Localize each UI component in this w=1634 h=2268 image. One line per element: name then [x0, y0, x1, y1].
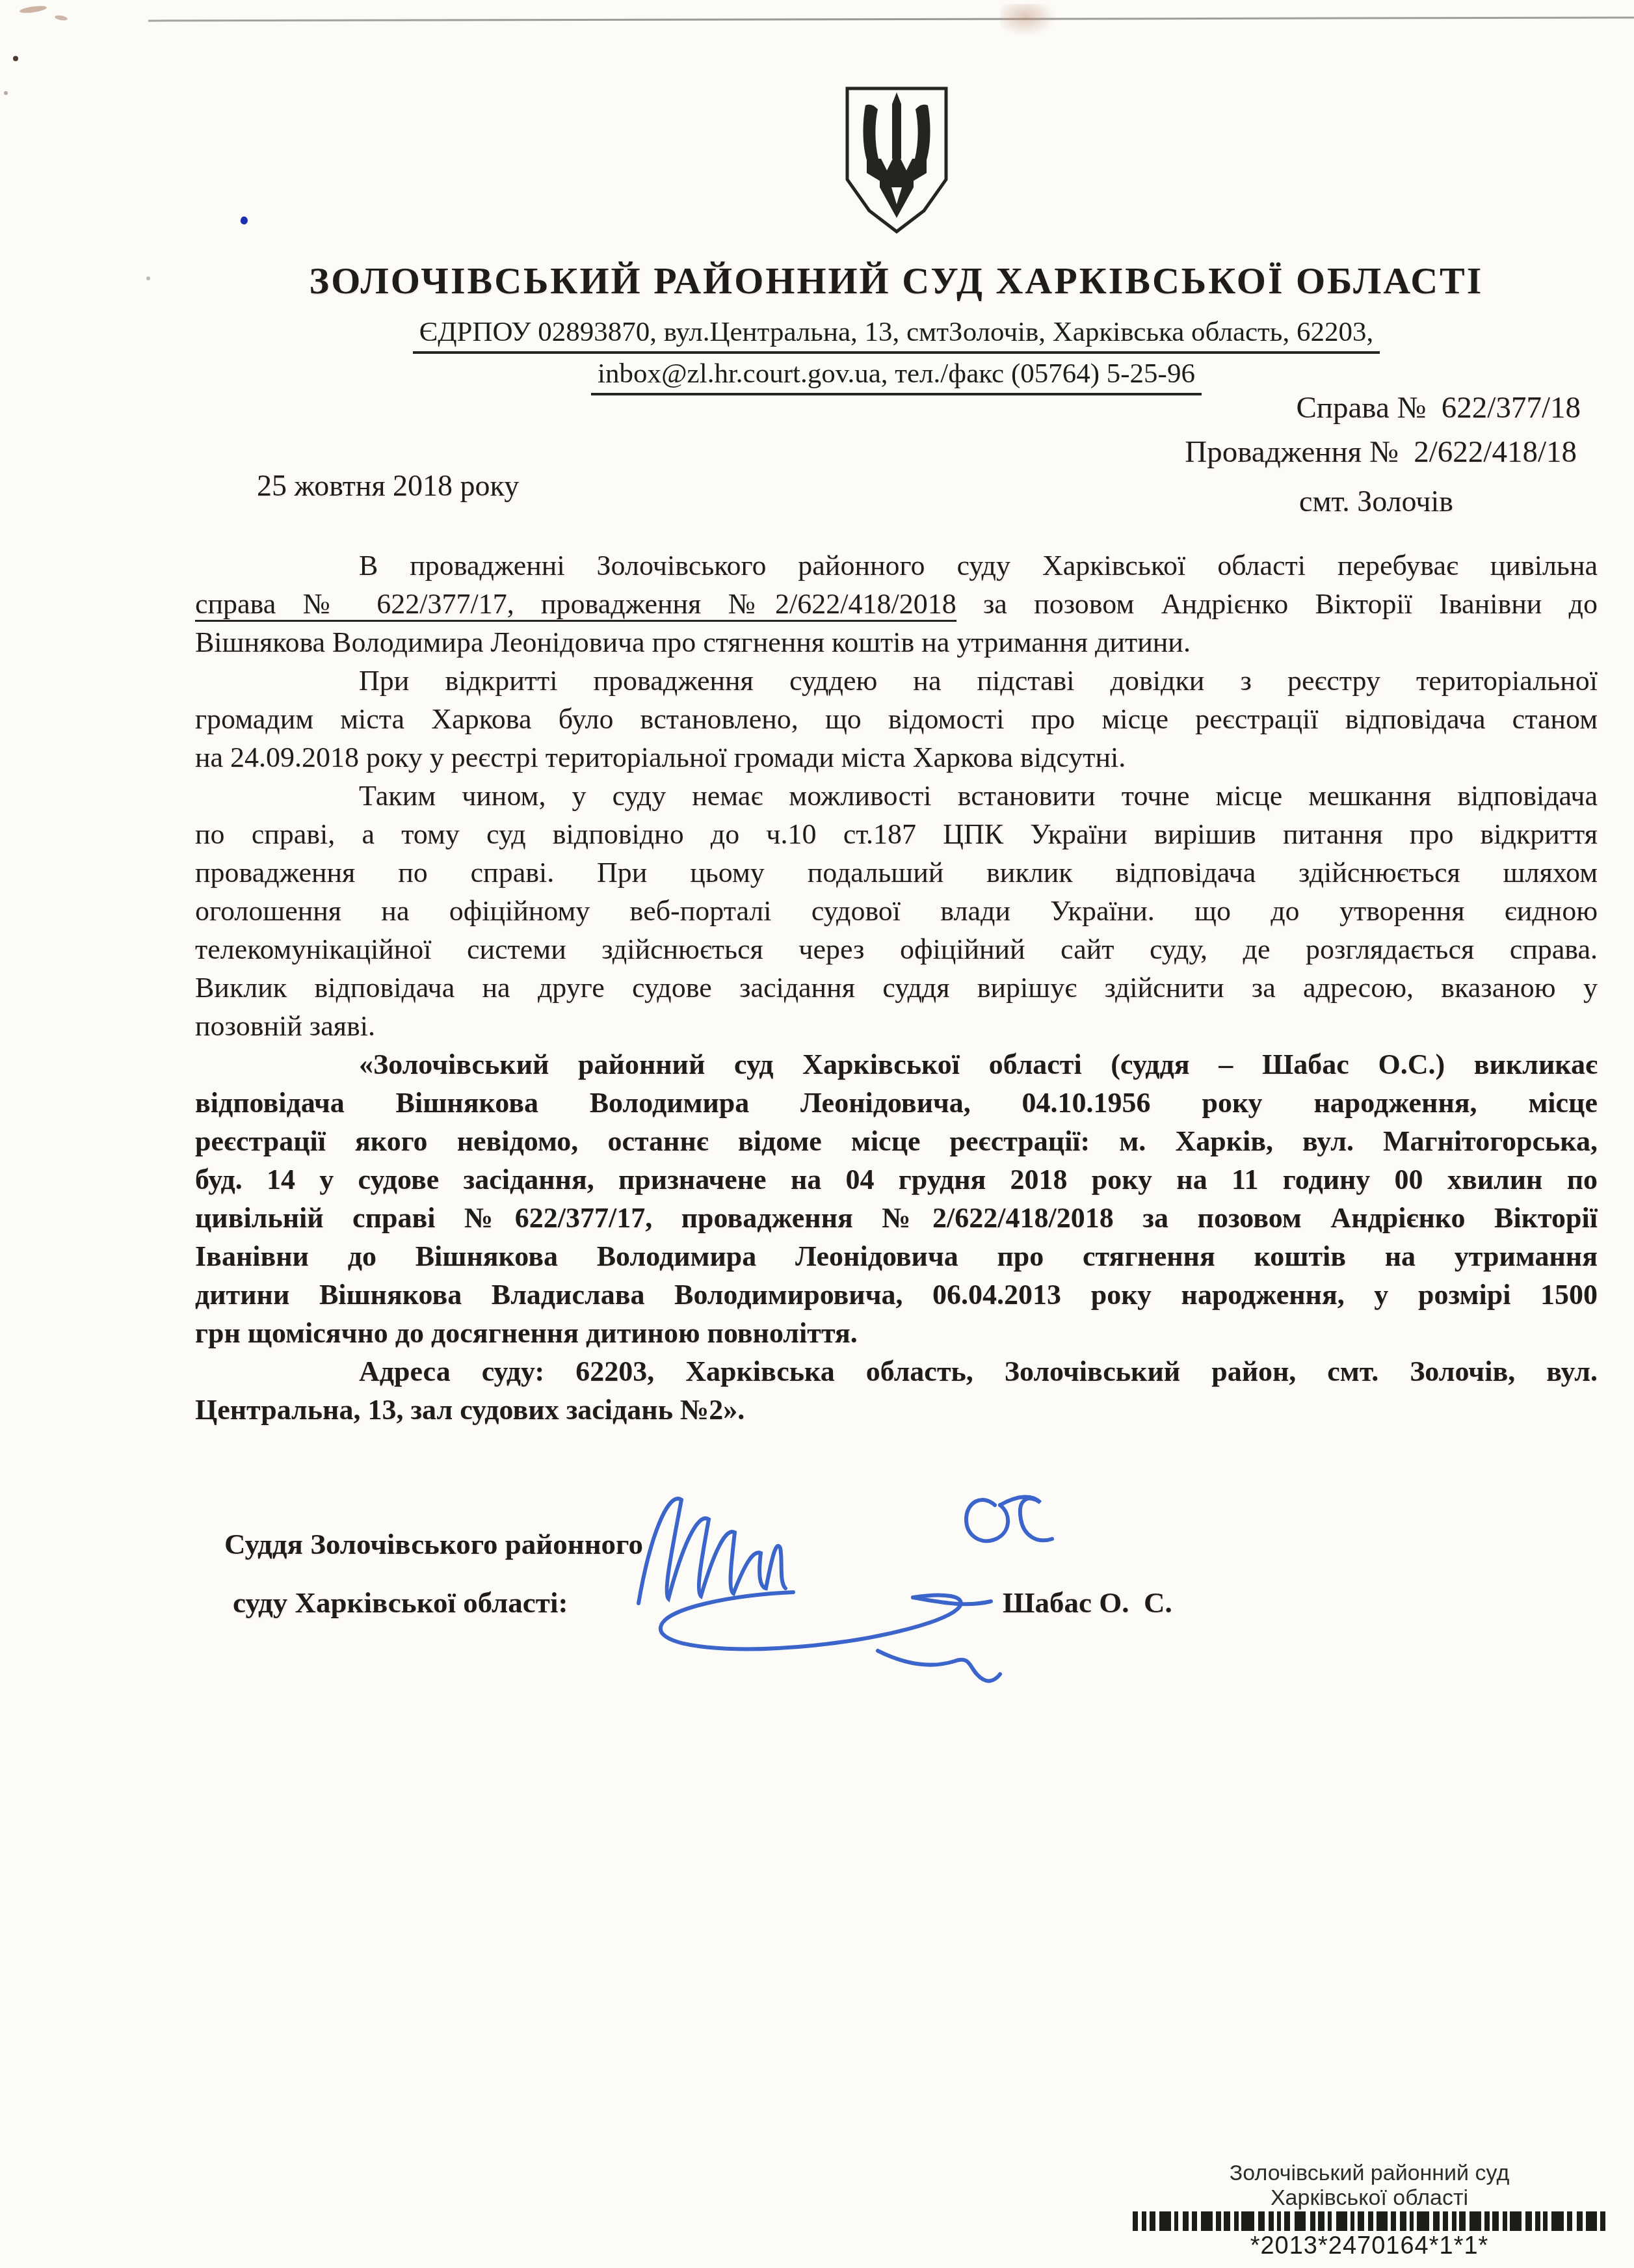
barcode-bar [1358, 2211, 1364, 2231]
body-line: провадження по справі. При цьому подальш… [195, 853, 1598, 892]
scan-speck-artifact [4, 91, 8, 95]
barcode-bar [1318, 2211, 1324, 2231]
document-body: В провадженні Золочівського районного су… [195, 546, 1598, 1429]
text-segment: грн щомісячно до досягнення дитиною повн… [195, 1317, 858, 1349]
body-line: Іванівни до Вішнякова Володимира Леонідо… [195, 1237, 1598, 1275]
text-segment: Вішнякова Володимира Леонідовича про стя… [195, 626, 1191, 658]
barcode-bar [1443, 2211, 1448, 2231]
barcode-bar [1201, 2211, 1213, 2231]
text-segment: цивільній справі №622/377/17, провадженн… [195, 1202, 1598, 1234]
text-segment: оголошення на офіційному веб-порталі суд… [195, 895, 1598, 927]
body-line: Виклик відповідача на друге судове засід… [195, 968, 1598, 1007]
signature-title-line1: Суддя Золочівського районного [224, 1527, 643, 1561]
handwritten-signature-icon [598, 1457, 1066, 1691]
scan-edge-line-artifact [148, 17, 1634, 22]
scan-smudge-artifact [1000, 4, 1056, 36]
text-segment: по справі, а тому суд відповідно до ч.10… [195, 818, 1598, 850]
barcode-bar [1525, 2211, 1532, 2231]
footer-court-name: Золочівський районний суд Харківської об… [1133, 2161, 1606, 2210]
text-segment: Адреса суду: 62203, Харківська область, … [359, 1355, 1598, 1387]
footer-court-line1: Золочівський районний суд [1133, 2161, 1606, 2185]
text-segment: громадим міста Харкова було встановлено,… [195, 703, 1598, 735]
underlined-text: справа № 622/377/17, провадження №2/622/… [195, 588, 956, 622]
barcode-bar [1224, 2211, 1230, 2231]
body-line: справа № 622/377/17, провадження №2/622/… [195, 585, 1598, 623]
scan-speck-artifact [13, 56, 18, 61]
body-line: Вішнякова Володимира Леонідовича про стя… [195, 623, 1598, 661]
body-line: громадим міста Харкова було встановлено,… [195, 700, 1598, 738]
case-number: Справа № 622/377/18 [1296, 390, 1581, 425]
barcode-bar [1183, 2211, 1189, 2231]
barcode-bar [1241, 2211, 1254, 2231]
signature-title-line2: суду Харківської області: [233, 1586, 568, 1620]
barcode-bar [1150, 2211, 1156, 2231]
barcode-bar [1284, 2211, 1291, 2231]
text-segment: відповідача Вішнякова Володимира Леонідо… [195, 1087, 1598, 1119]
barcode-bar [1417, 2211, 1429, 2231]
court-contact-text: inbox@zl.hr.court.gov.ua, тел./факс (057… [591, 358, 1202, 395]
barcode-bar [1577, 2211, 1583, 2231]
barcode-bar [1400, 2211, 1406, 2231]
body-line: дитини Вішнякова Владислава Володимирови… [195, 1275, 1598, 1314]
text-segment: В провадженні Золочівського районного су… [359, 550, 1598, 581]
barcode-bar [1433, 2211, 1440, 2231]
barcode-bar [1310, 2211, 1315, 2231]
document-place: смт. Золочів [1299, 484, 1453, 518]
text-segment: Іванівни до Вішнякова Володимира Леонідо… [195, 1240, 1598, 1272]
scan-speck-artifact [55, 14, 68, 21]
scan-speck-artifact [20, 5, 47, 14]
body-line: на 24.09.2018 року у реєстрі територіаль… [195, 738, 1598, 777]
text-segment: дитини Вішнякова Владислава Володимирови… [195, 1279, 1598, 1311]
body-line: реєстрації якого невідомо, останнє відом… [195, 1122, 1598, 1160]
ukraine-trident-coat-of-arms-icon [841, 83, 953, 237]
barcode-bar [1600, 2211, 1605, 2231]
text-segment: Виклик відповідача на друге судове засід… [195, 972, 1598, 1004]
body-line: В провадженні Золочівського районного су… [195, 546, 1598, 585]
barcode-bar [1567, 2211, 1572, 2231]
body-line: При відкритті провадження суддею на підс… [195, 661, 1598, 700]
text-segment: провадження по справі. При цьому подальш… [195, 857, 1598, 888]
text-segment: на 24.09.2018 року у реєстрі територіаль… [195, 741, 1126, 773]
barcode-bar [1377, 2211, 1388, 2231]
scanned-court-document-page: ЗОЛОЧІВСЬКИЙ РАЙОННИЙ СУД ХАРКІВСЬКОЇ ОБ… [0, 0, 1634, 2268]
barcode-bar [1368, 2211, 1373, 2231]
body-line: по справі, а тому суд відповідно до ч.10… [195, 815, 1598, 853]
text-segment: за позовом Андрієнко Вікторії Іванівни д… [956, 588, 1598, 620]
body-line: грн щомісячно до досягнення дитиною повн… [195, 1314, 1598, 1352]
barcode-bar [1469, 2211, 1481, 2231]
court-address-text: ЄДРПОУ 02893870, вул.Центральна, 13, смт… [413, 316, 1380, 354]
text-segment: буд. 14 у судове засідання, призначене н… [195, 1164, 1598, 1195]
body-line: цивільній справі №622/377/17, провадженн… [195, 1199, 1598, 1237]
text-segment: телекомунікаційної системи здійснюється … [195, 933, 1598, 965]
document-date: 25 жовтня 2018 року [257, 468, 519, 503]
barcode-bar [1269, 2211, 1274, 2231]
court-name-title: ЗОЛОЧІВСЬКИЙ РАЙОННИЙ СУД ХАРКІВСЬКОЇ ОБ… [195, 259, 1598, 302]
body-line: телекомунікаційної системи здійснюється … [195, 930, 1598, 968]
body-line: відповідача Вішнякова Володимира Леонідо… [195, 1084, 1598, 1122]
barcode [1133, 2211, 1606, 2231]
barcode-bar [1391, 2211, 1396, 2231]
barcode-bar [1484, 2211, 1490, 2231]
barcode-bar [1133, 2211, 1138, 2231]
footer-court-line2: Харківської області [1133, 2185, 1606, 2210]
text-segment: При відкритті провадження суддею на підс… [359, 665, 1598, 697]
body-line: оголошення на офіційному веб-порталі суд… [195, 892, 1598, 930]
ink-dot-artifact [239, 215, 248, 225]
body-line: позовній заяві. [195, 1007, 1598, 1045]
judge-name: Шабас О. С. [1003, 1586, 1172, 1620]
barcode-bar [1535, 2211, 1540, 2231]
body-line: Центральна, 13, зал судових засідань №2»… [195, 1391, 1598, 1429]
text-segment: Центральна, 13, зал судових засідань №2»… [195, 1394, 745, 1426]
barcode-bar [1510, 2211, 1522, 2231]
body-line: «Золочівський районний суд Харківської о… [195, 1045, 1598, 1084]
barcode-bar [1159, 2211, 1171, 2231]
barcode-bar [1216, 2211, 1221, 2231]
body-line: Адреса суду: 62203, Харківська область, … [195, 1352, 1598, 1391]
barcode-bar [1459, 2211, 1466, 2231]
text-segment: «Золочівський районний суд Харківської о… [359, 1048, 1598, 1080]
barcode-bar [1492, 2211, 1499, 2231]
body-line: буд. 14 у судове засідання, призначене н… [195, 1160, 1598, 1199]
body-line: Таким чином, у суду немає можливості вст… [195, 777, 1598, 815]
barcode-bar [1551, 2211, 1564, 2231]
barcode-bar [1258, 2211, 1265, 2231]
barcode-bar [1192, 2211, 1197, 2231]
text-segment: реєстрації якого невідомо, останнє відом… [195, 1125, 1598, 1157]
barcode-bar [1336, 2211, 1348, 2231]
barcode-bar [1586, 2211, 1598, 2231]
proceeding-number: Провадження № 2/622/418/18 [1185, 434, 1577, 470]
text-segment: Таким чином, у суду немає можливості вст… [359, 780, 1598, 812]
text-segment: позовній заяві. [195, 1010, 375, 1042]
scan-speck-artifact [146, 276, 150, 280]
barcode-bar [1295, 2211, 1306, 2231]
court-address-line: ЄДРПОУ 02893870, вул.Центральна, 13, смт… [195, 316, 1598, 354]
barcode-caption: *2013*2470164*1*1* [1133, 2232, 1606, 2260]
